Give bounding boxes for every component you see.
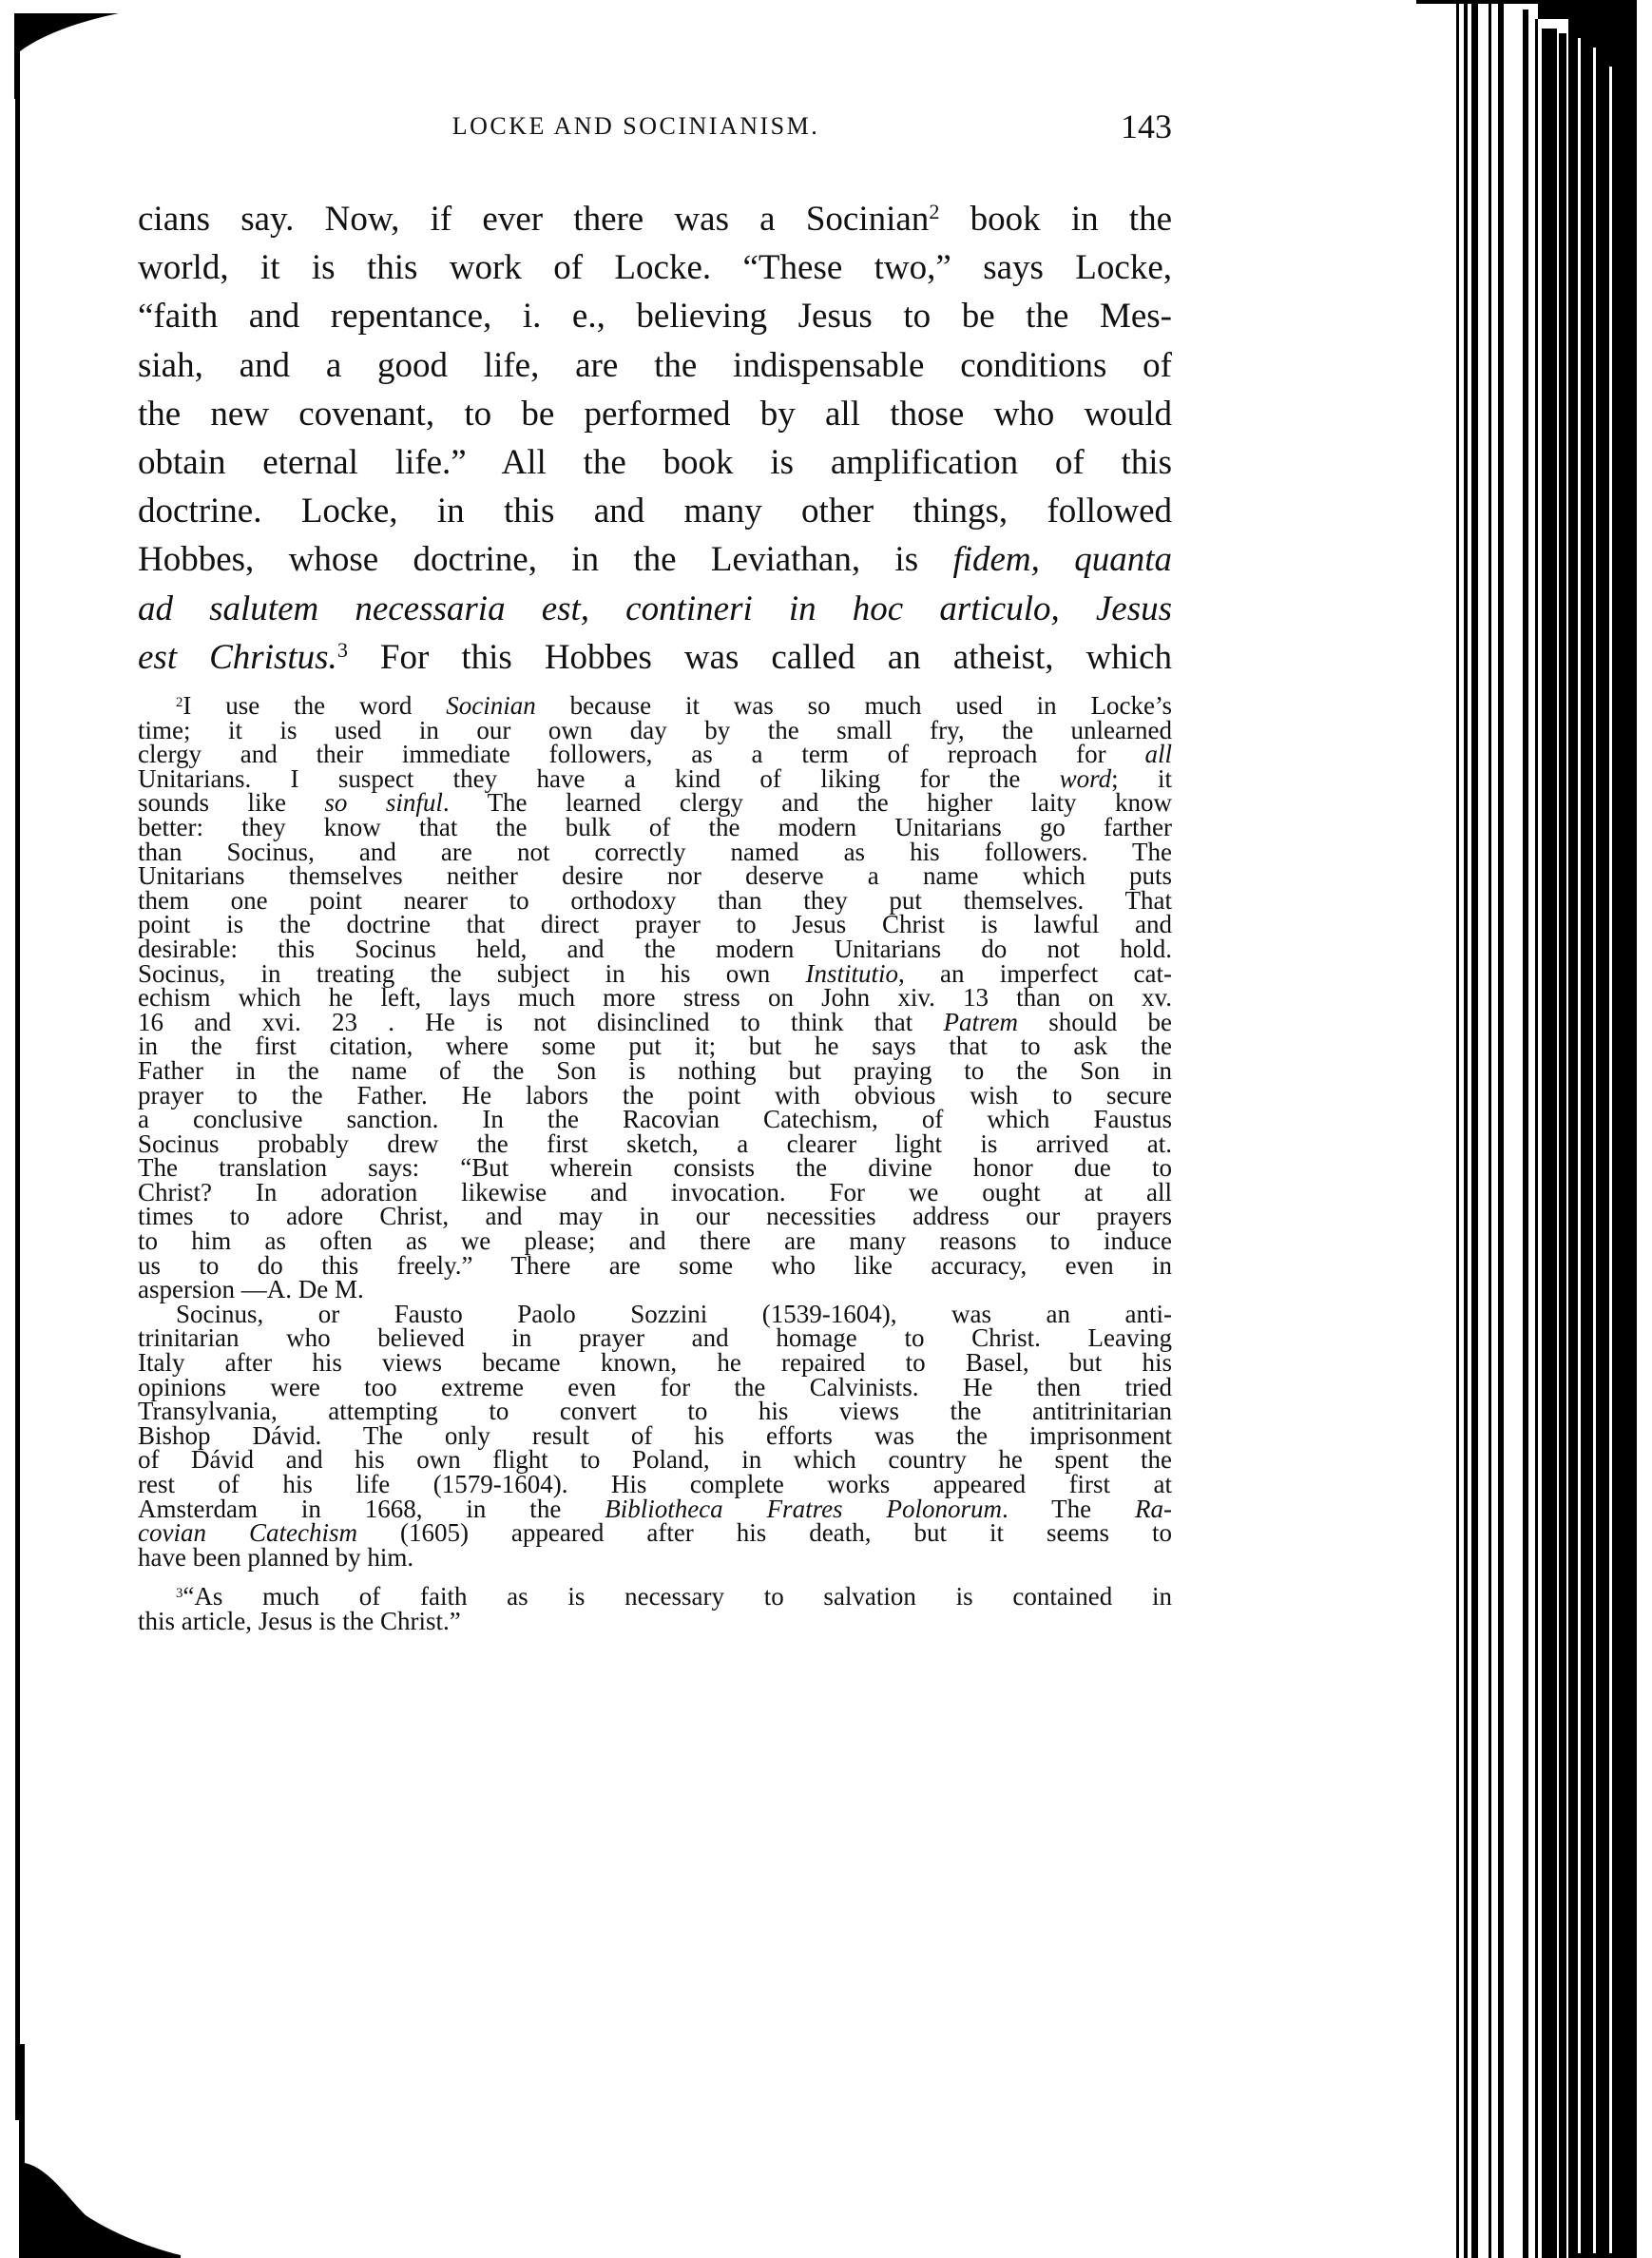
footnotes: 2I use the word Socinian because it was …	[138, 694, 1172, 1634]
footnote-line: Unitarians themselves neither desire nor…	[138, 864, 1172, 889]
page-left-edge	[15, 48, 20, 2120]
footnote-line: covian Catechism (1605) appeared after h…	[138, 1521, 1172, 1546]
page-corner-shadow-top	[14, 13, 119, 99]
footnote-3: 3“As much of faith as is necessary to sa…	[138, 1585, 1172, 1633]
body-line: obtain eternal life.” All the book is am…	[138, 438, 1172, 487]
footnote-ref: 3	[337, 637, 348, 661]
latin-quote: est Christus.	[138, 638, 337, 677]
page-number: 143	[1121, 106, 1172, 146]
footnote-line: to him as often as we please; and there …	[138, 1229, 1172, 1254]
footnote-line: aspersion —A. De M.	[138, 1278, 1172, 1303]
page-corner-shadow-bottom	[19, 2044, 181, 2258]
footnote-2: 2I use the word Socinian because it was …	[138, 694, 1172, 1570]
body-line: the new covenant, to be performed by all…	[138, 390, 1172, 438]
latin-quote: fidem, quanta	[952, 540, 1172, 579]
footnote-line: better: they know that the bulk of the m…	[138, 816, 1172, 840]
body-line: Hobbes, whose doctrine, in the Leviathan…	[138, 535, 1172, 584]
body-line: world, it is this work of Locke. “These …	[138, 243, 1172, 292]
footnote-line: a conclusive sanction. In the Racovian C…	[138, 1108, 1172, 1132]
latin-quote: ad salutem necessaria est, contineri in …	[138, 589, 1172, 628]
running-head: LOCKE AND SOCINIANISM. 143	[138, 106, 1172, 145]
running-title: LOCKE AND SOCINIANISM.	[138, 112, 1172, 141]
body-line: est Christus.3 For this Hobbes was calle…	[138, 633, 1172, 682]
footnote-line: Father in the name of the Son is nothing…	[138, 1059, 1172, 1084]
body-line: “faith and repentance, i. e., believing …	[138, 292, 1172, 340]
footnote-ref: 2	[929, 200, 939, 223]
body-line: ad salutem necessaria est, contineri in …	[138, 585, 1172, 633]
footnote-line: Italy after his views became known, he r…	[138, 1351, 1172, 1376]
book-page: LOCKE AND SOCINIANISM. 143 cians say. No…	[0, 0, 1652, 2258]
body-paragraph: cians say. Now, if ever there was a Soci…	[138, 195, 1172, 682]
footnote-line: Transylvania, attempting to convert to h…	[138, 1399, 1172, 1424]
body-line: cians say. Now, if ever there was a Soci…	[138, 195, 1172, 243]
footnote-line: 2I use the word Socinian because it was …	[138, 694, 1172, 719]
body-line: siah, and a good life, are the indispens…	[138, 341, 1172, 390]
body-line: doctrine. Locke, in this and many other …	[138, 487, 1172, 535]
footnote-line: this article, Jesus is the Christ.”	[138, 1610, 1172, 1634]
footnote-line: have been planned by him.	[138, 1546, 1172, 1571]
book-page-edges	[1416, 0, 1652, 2258]
